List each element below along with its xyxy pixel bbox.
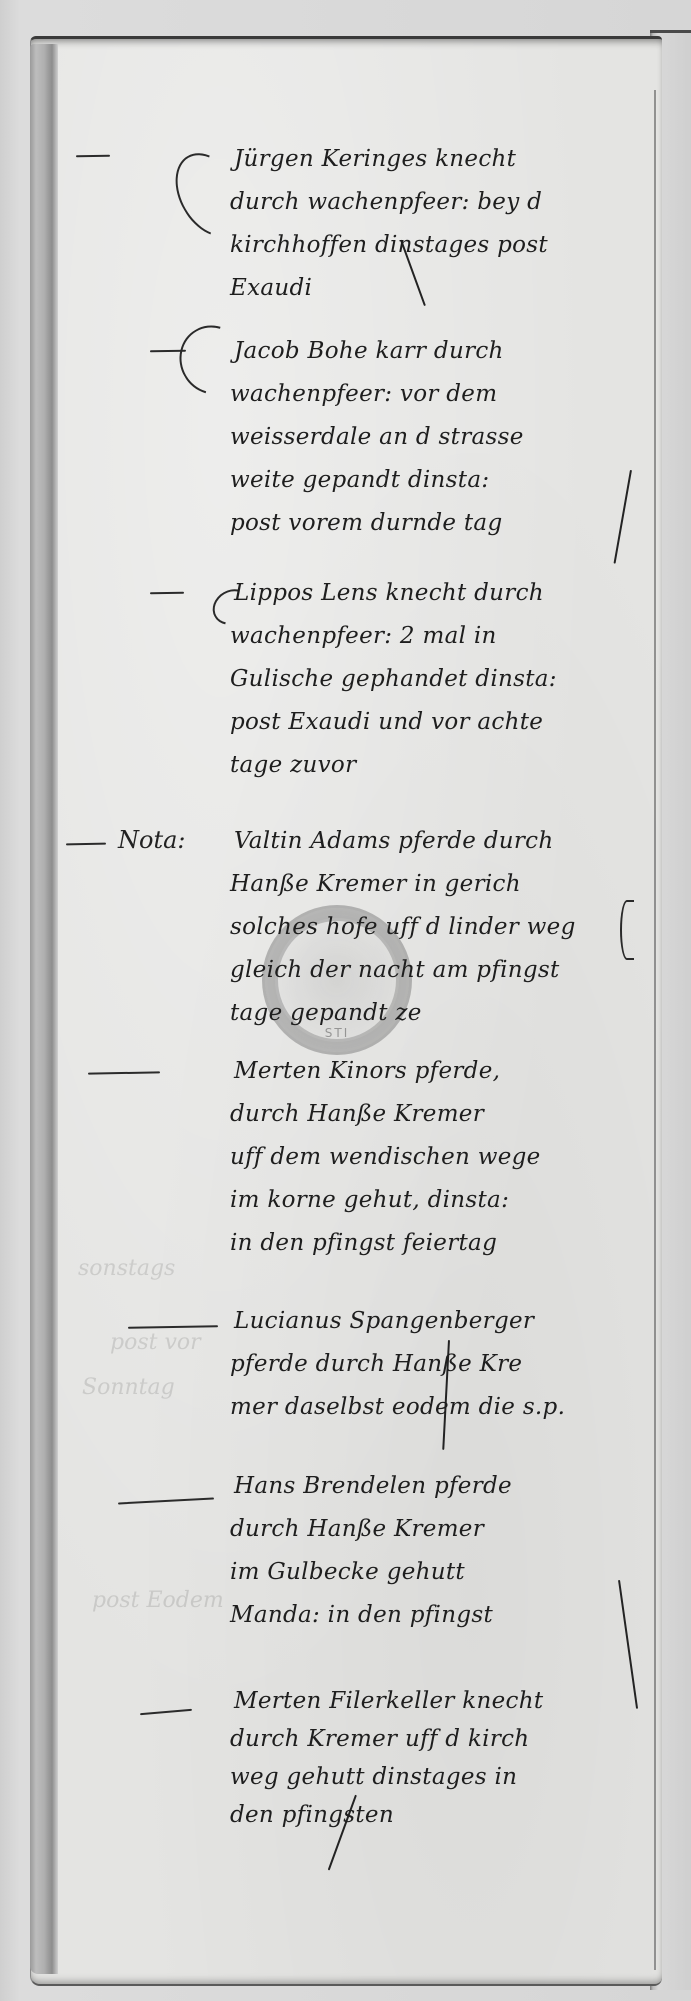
entry-6: Lucianus Spangenberger pferde durch Hanß… bbox=[230, 1300, 630, 1429]
entry-line: Jacob Bohe karr durch bbox=[234, 330, 630, 373]
entry-line: Merten Filerkeller knecht bbox=[234, 1682, 630, 1720]
show-through-text: post Eodem bbox=[92, 1588, 224, 1613]
binding-edge bbox=[30, 44, 58, 1974]
entry-line: in den pfingst feiertag bbox=[230, 1222, 630, 1265]
entry-line: weg gehutt dinstages in bbox=[230, 1758, 630, 1796]
entry-line: durch Hanße Kremer bbox=[230, 1508, 630, 1551]
entry-line: durch Kremer uff d kirch bbox=[230, 1720, 630, 1758]
entry-line: post vorem durnde tag bbox=[230, 502, 630, 545]
entry-line: Manda: in den pfingst bbox=[230, 1594, 630, 1637]
entry-line: durch wachenpfeer: bey d bbox=[230, 181, 630, 224]
entry-line: wachenpfeer: 2 mal in bbox=[230, 615, 630, 658]
entry-line: weisserdale an d strasse bbox=[230, 416, 630, 459]
entry-8: Merten Filerkeller knecht durch Kremer u… bbox=[230, 1682, 630, 1834]
nota-margin-label: Nota: bbox=[118, 826, 186, 854]
show-through-text: Sonntag bbox=[82, 1375, 175, 1400]
page-fold-line bbox=[654, 90, 656, 1970]
entry-line: Lippos Lens knecht durch bbox=[234, 572, 630, 615]
entry-line: mer daselbst eodem die s.p. bbox=[230, 1386, 630, 1429]
entry-2: Jacob Bohe karr durch wachenpfeer: vor d… bbox=[230, 330, 630, 545]
entry-line: wachenpfeer: vor dem bbox=[230, 373, 630, 416]
entry-line: kirchhoffen dinstages post bbox=[230, 224, 630, 267]
entry-line: im korne gehut, dinsta: bbox=[230, 1179, 630, 1222]
entry-line: Gulische gephandet dinsta: bbox=[230, 658, 630, 701]
entry-line: durch Hanße Kremer bbox=[230, 1093, 630, 1136]
entry-line: Merten Kinors pferde, bbox=[234, 1050, 630, 1093]
entry-line: solches hofe uff d linder weg bbox=[230, 906, 630, 949]
show-through-text: post vor bbox=[110, 1330, 201, 1355]
entry-line: post Exaudi und vor achte bbox=[230, 701, 630, 744]
entry-line: tage gepandt ze bbox=[230, 992, 630, 1035]
entry-line: pferde durch Hanße Kre bbox=[230, 1343, 630, 1386]
entry-line: Hanße Kremer in gerich bbox=[230, 863, 630, 906]
entry-5: Merten Kinors pferde, durch Hanße Kremer… bbox=[230, 1050, 630, 1265]
entry-line: uff dem wendischen wege bbox=[230, 1136, 630, 1179]
entry-1: Jürgen Keringes knecht durch wachenpfeer… bbox=[230, 138, 630, 310]
entry-3: Lippos Lens knecht durch wachenpfeer: 2 … bbox=[230, 572, 630, 787]
show-through-text: sonstags bbox=[78, 1256, 175, 1281]
entry-line: Valtin Adams pferde durch bbox=[234, 820, 630, 863]
entry-4-nota: Valtin Adams pferde durch Hanße Kremer i… bbox=[230, 820, 630, 1035]
entry-line: Lucianus Spangenberger bbox=[234, 1300, 630, 1343]
entry-line: tage zuvor bbox=[230, 744, 630, 787]
entry-line: gleich der nacht am pfingst bbox=[230, 949, 630, 992]
entry-line: im Gulbecke gehutt bbox=[230, 1551, 630, 1594]
entry-line: Hans Brendelen pferde bbox=[234, 1465, 630, 1508]
entry-line: Jürgen Keringes knecht bbox=[234, 138, 630, 181]
entry-line: Exaudi bbox=[230, 267, 630, 310]
entry-line: weite gepandt dinsta: bbox=[230, 459, 630, 502]
entry-line: den pfingsten bbox=[230, 1796, 630, 1834]
entry-7: Hans Brendelen pferde durch Hanße Kremer… bbox=[230, 1465, 630, 1637]
